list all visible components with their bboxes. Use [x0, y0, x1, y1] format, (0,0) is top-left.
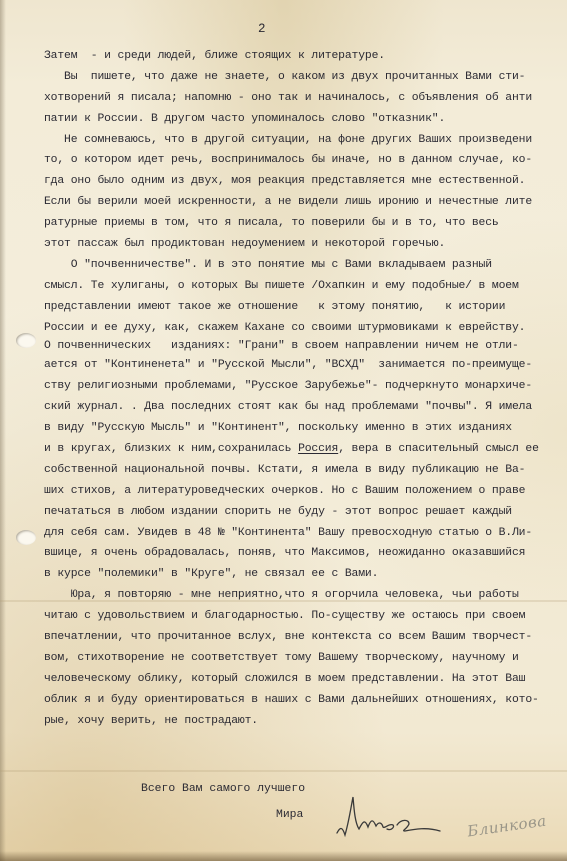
text-line: этот пассаж был продиктован недоумением …: [44, 234, 567, 255]
text-line: облик я и буду ориентироваться в наших с…: [44, 690, 567, 711]
text-line: Не сомневаюсь, что в другой ситуации, на…: [44, 130, 567, 151]
text-line: впечатлении, что прочитанное вслух, вне …: [44, 627, 567, 648]
text-line: хотворений я писала; напомню - оно так и…: [44, 88, 567, 109]
underlined-word: Россия: [298, 443, 338, 455]
letter-body: Затем - и среди людей, ближе стоящих к л…: [44, 46, 567, 732]
page-edge-shadow: [0, 0, 6, 861]
text-line: то, о котором идет речь, воспринималось …: [44, 150, 567, 171]
text-line: Затем - и среди людей, ближе стоящих к л…: [44, 46, 567, 67]
text-line: ству религиозными проблемами, "Русское З…: [44, 376, 567, 397]
text-line: ратурные приемы в том, что я писала, то …: [44, 213, 567, 234]
handwritten-signature: [335, 795, 445, 840]
text-line: Юра, я повторяю - мне неприятно,что я ог…: [44, 585, 567, 606]
text-line: человеческому облику, который сложился в…: [44, 669, 567, 690]
closing-greeting: Всего Вам самого лучшего: [141, 783, 305, 795]
text-line: ших стихов, а литературоведческих очерко…: [44, 481, 567, 502]
text-line: собственной национальной почвы. Кстати, …: [44, 460, 567, 481]
text-line: и в кругах, близких к ним,сохранилась Ро…: [44, 439, 567, 460]
text-line: ается от "Континенета" и "Русской Мысли"…: [44, 355, 567, 376]
text-line: рые, хочу верить, не пострадают.: [44, 711, 567, 732]
text-line: ский журнал. . Два последних стоят как б…: [44, 397, 567, 418]
text-line: читаю с удовольствием и благодарностью. …: [44, 606, 567, 627]
text-line: О "почвенничестве". И в это понятие мы с…: [44, 255, 567, 276]
text-line: печататься в любом издании спорить не бу…: [44, 502, 567, 523]
text-line: России и ее духу, как, скажем Кахане со …: [44, 318, 567, 339]
text-line: вшице, я очень обрадовалась, поняв, что …: [44, 543, 567, 564]
text-line: гда оно было одним из двух, моя реакция …: [44, 171, 567, 192]
punch-hole: [16, 333, 36, 348]
paper-crease: [0, 770, 567, 772]
text-line: в курсе "полемики" в "Круге", не связал …: [44, 564, 567, 585]
text-line: смысл. Те хулиганы, о которых Вы пишете …: [44, 276, 567, 297]
page-bottom-shadow: [0, 851, 567, 861]
text-line: патии к России. В другом часто упоминало…: [44, 109, 567, 130]
text-line: в виду "Русскую Мысль" и "Континент", по…: [44, 418, 567, 439]
text-line: Вы пишете, что даже не знаете, о каком и…: [44, 67, 567, 88]
text-line: О почвеннических изданиях: "Грани" в сво…: [44, 338, 567, 355]
text-line: вом, стихотворение не соответствует тому…: [44, 648, 567, 669]
text-line: для себя сам. Увидев в 48 № "Континента"…: [44, 523, 567, 544]
closing-name: Мира: [276, 809, 303, 821]
text-line: представлении имеют такое же отношение к…: [44, 297, 567, 318]
punch-hole: [16, 530, 36, 545]
letter-page: 2 Затем - и среди людей, ближе стоящих к…: [0, 0, 567, 861]
pencil-annotation: Блинкова: [466, 812, 548, 841]
page-number: 2: [258, 22, 266, 36]
text-line: Если бы верили моей искренности, а не ви…: [44, 192, 567, 213]
